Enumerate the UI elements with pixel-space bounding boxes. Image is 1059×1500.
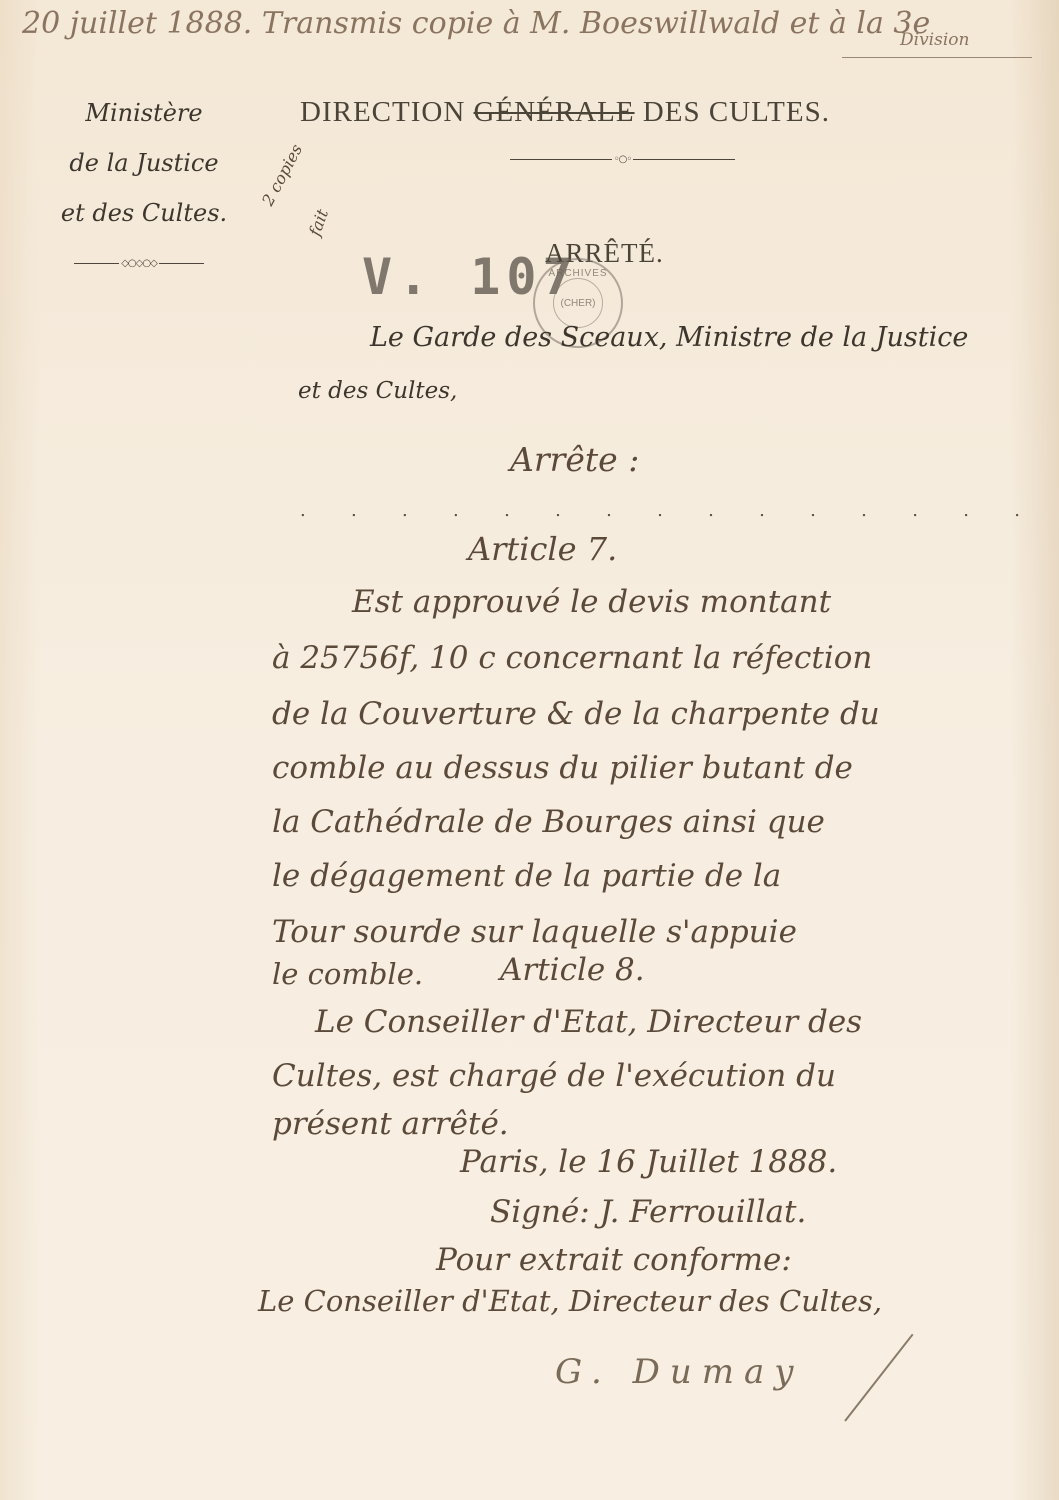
article-8-line: Cultes, est chargé de l'exécution du bbox=[272, 1052, 836, 1100]
seal-outer-text: ARCHIVES bbox=[535, 268, 621, 279]
article-7-line: Tour sourde sur laquelle s'appuie bbox=[272, 908, 797, 956]
article-7-line: Est approuvé le devis montant bbox=[352, 578, 831, 626]
place-and-date: Paris, le 16 Juillet 1888. bbox=[460, 1138, 837, 1186]
article-7-line: le comble. bbox=[272, 950, 423, 998]
article-8-line: Le Conseiller d'Etat, Directeur des bbox=[315, 998, 862, 1046]
top-annotation-line2: Division bbox=[900, 30, 969, 50]
preamble-line1: Le Garde des Sceaux, Ministre de la Just… bbox=[370, 322, 968, 353]
article-7-line: à 25756f, 10 c concernant la réfection bbox=[272, 634, 872, 682]
direction-ornament: ◦○◦ bbox=[510, 154, 735, 165]
article-8-heading: Article 8. bbox=[500, 952, 645, 988]
ministry-ornament: ◇○◇○◇ bbox=[74, 258, 204, 269]
ministry-line: Ministère bbox=[24, 88, 264, 138]
top-annotation-line1: 20 juillet 1888. Transmis copie à M. Boe… bbox=[22, 6, 930, 41]
article-7-line: le dégagement de la partie de la bbox=[272, 852, 781, 900]
direction-prefix: DIRECTION bbox=[300, 96, 465, 128]
signature: G. Dumay bbox=[555, 1352, 803, 1392]
official-title: Le Conseiller d'Etat, Directeur des Cult… bbox=[258, 1284, 882, 1318]
decree-word: Arrête : bbox=[510, 440, 639, 479]
seal-inner-text: (CHER) bbox=[553, 278, 603, 328]
article-7-line: la Cathédrale de Bourges ainsi que bbox=[272, 798, 825, 846]
article-7-line: de la Couverture & de la charpente du bbox=[272, 690, 880, 738]
direction-struck-word: GÉNÉRALE bbox=[474, 96, 635, 128]
ministry-block: Ministère de la Justice et des Cultes. bbox=[24, 88, 264, 238]
direction-heading: DIRECTION GÉNÉRALE DES CULTES. bbox=[300, 96, 830, 129]
article-7-heading: Article 7. bbox=[468, 530, 617, 568]
ellipsis-dots: ............... bbox=[300, 500, 1020, 521]
preamble-line2: et des Cultes, bbox=[298, 378, 457, 404]
direction-suffix: DES CULTES. bbox=[643, 96, 830, 128]
ministry-line: et des Cultes. bbox=[24, 188, 264, 238]
signed-by: Signé: J. Ferrouillat. bbox=[490, 1188, 806, 1236]
ministry-line: de la Justice bbox=[24, 138, 264, 188]
article-7-line: comble au dessus du pilier butant de bbox=[272, 744, 853, 792]
annotation-underline bbox=[842, 57, 1032, 58]
certified-extract: Pour extrait conforme: bbox=[436, 1236, 792, 1284]
